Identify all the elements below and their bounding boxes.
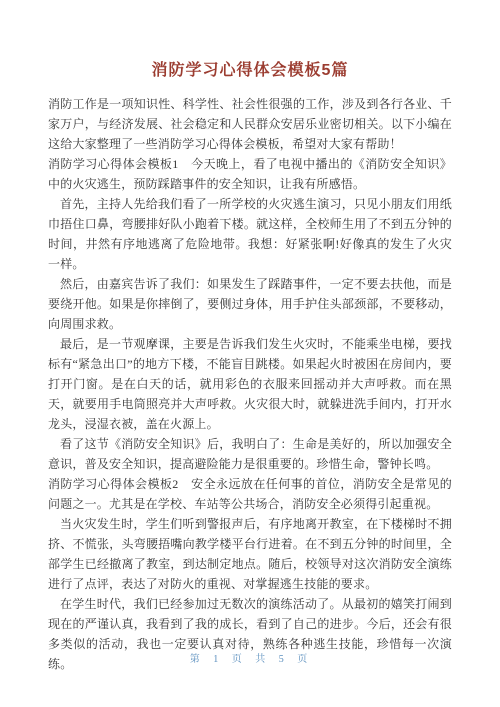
document-body: 消防工作是一项知识性、科学性、社会性很强的工作，涉及到各行各业、千家万户，与经济… bbox=[48, 94, 452, 674]
paragraph: 消防工作是一项知识性、科学性、社会性很强的工作，涉及到各行各业、千家万户，与经济… bbox=[48, 94, 452, 154]
paragraph: 最后，是一节观摩课，主要是告诉我们发生火灾时，不能乘坐电梯，要找标有“紧急出口”… bbox=[48, 334, 452, 434]
document-page: 消防学习心得体会模板5篇 消防工作是一项知识性、科学性、社会性很强的工作，涉及到… bbox=[0, 0, 500, 707]
paragraph: 首先，主持人先给我们看了一所学校的火灾逃生演习，只见小朋友们用纸巾捂住口鼻，弯腰… bbox=[48, 194, 452, 274]
paragraph: 然后，由嘉宾告诉了我们：如果发生了踩踏事件，一定不要去扶他，而是要绕开他。如果是… bbox=[48, 274, 452, 334]
paragraph: 看了这节《消防安全知识》后，我明白了：生命是美好的，所以加强安全意识，普及安全知… bbox=[48, 434, 452, 474]
document-title: 消防学习心得体会模板5篇 bbox=[48, 60, 452, 82]
page-indicator: 第 1 页 共 5 页 bbox=[190, 654, 311, 665]
paragraph: 消防学习心得体会模板1 今天晚上，看了电视中播出的《消防安全知识》中的火灾逃生，… bbox=[48, 154, 452, 194]
page-footer: 第 1 页 共 5 页 bbox=[0, 650, 500, 665]
paragraph: 消防学习心得体会模板2 安全永远放在任何事的首位，消防安全是常见的问题之一。尤其… bbox=[48, 474, 452, 514]
paragraph: 当火灾发生时，学生们听到警报声后，有序地离开教室，在下楼梯时不拥挤、不慌张，头弯… bbox=[48, 514, 452, 594]
